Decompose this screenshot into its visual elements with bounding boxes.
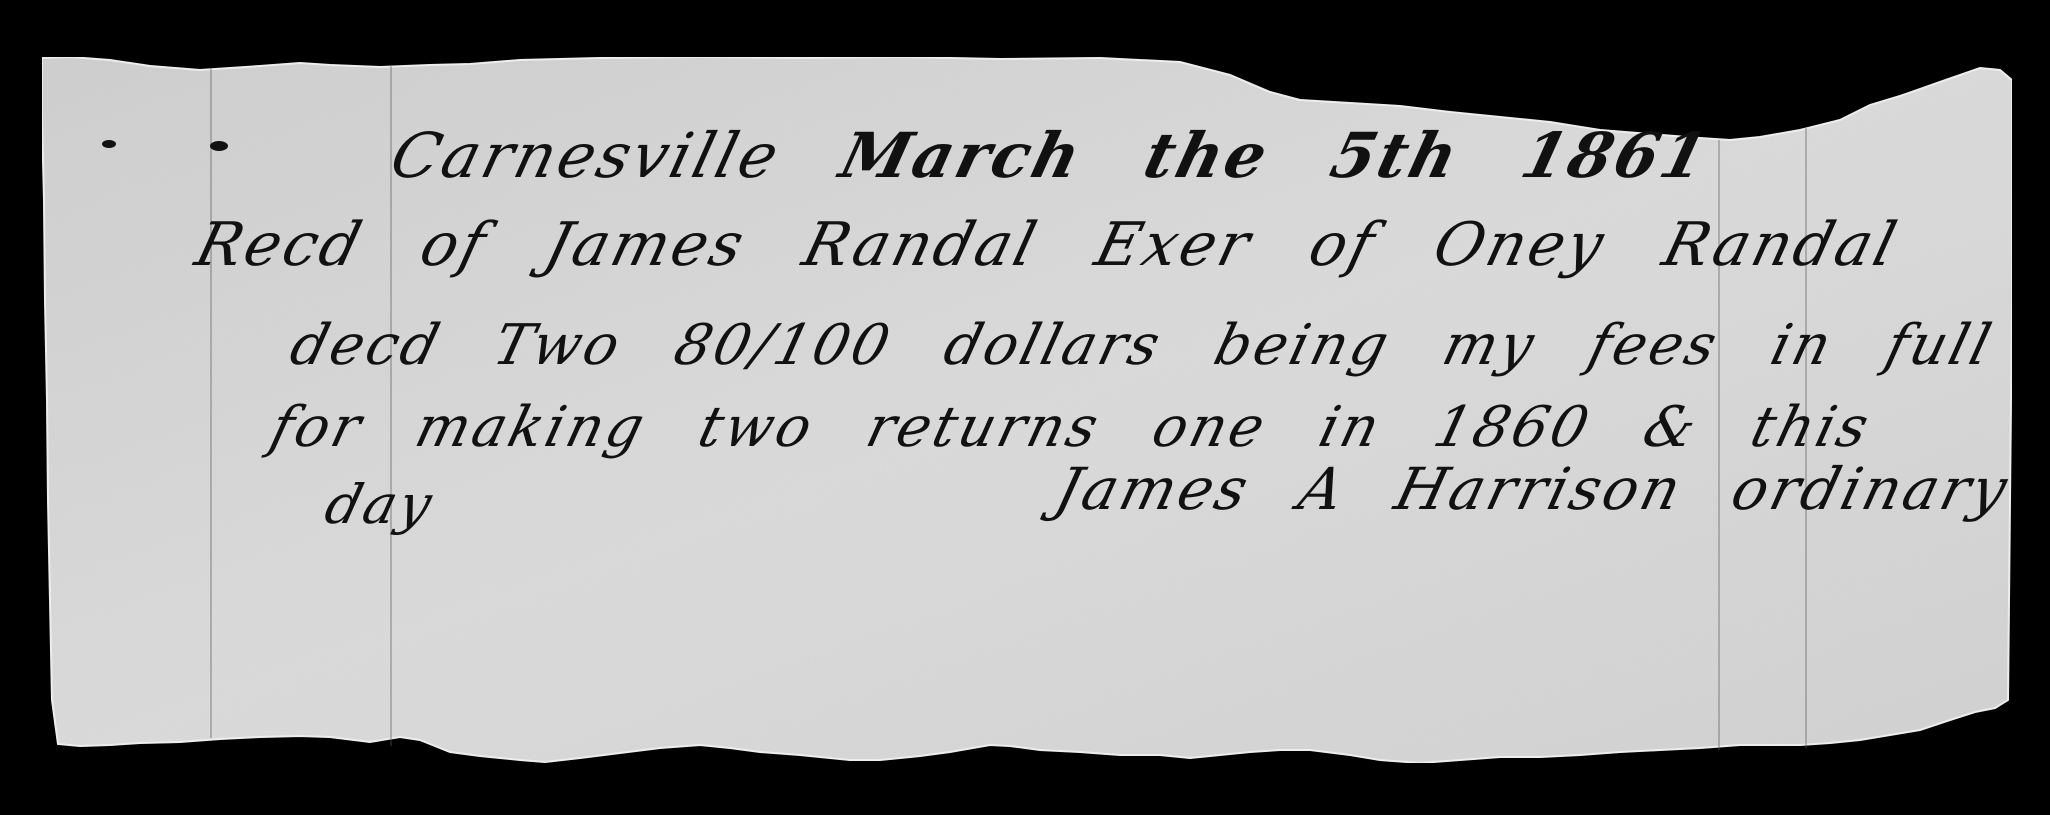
signature-title: ordinary — [1725, 455, 2017, 523]
signature: James A Harrison ordinary — [1050, 460, 2016, 518]
handwritten-text: Carnesville March the 5th 1861 Recd of J… — [0, 0, 2050, 815]
body-line: for making two returns one in 1860 & thi… — [265, 400, 1877, 456]
header-line: Carnesville March the 5th 1861 — [385, 125, 1716, 187]
place-name: Carnesville — [384, 119, 789, 192]
body-line: day — [320, 478, 440, 532]
date-text: March the 5th 1861 — [833, 119, 1717, 192]
signature-name: James A Harrison — [1049, 455, 1691, 523]
scan-background: Carnesville March the 5th 1861 Recd of J… — [0, 0, 2050, 815]
body-line: decd Two 80/100 dollars being my fees in… — [285, 318, 1999, 374]
body-line: Recd of James Randal Exer of Oney Randal — [190, 215, 1905, 275]
